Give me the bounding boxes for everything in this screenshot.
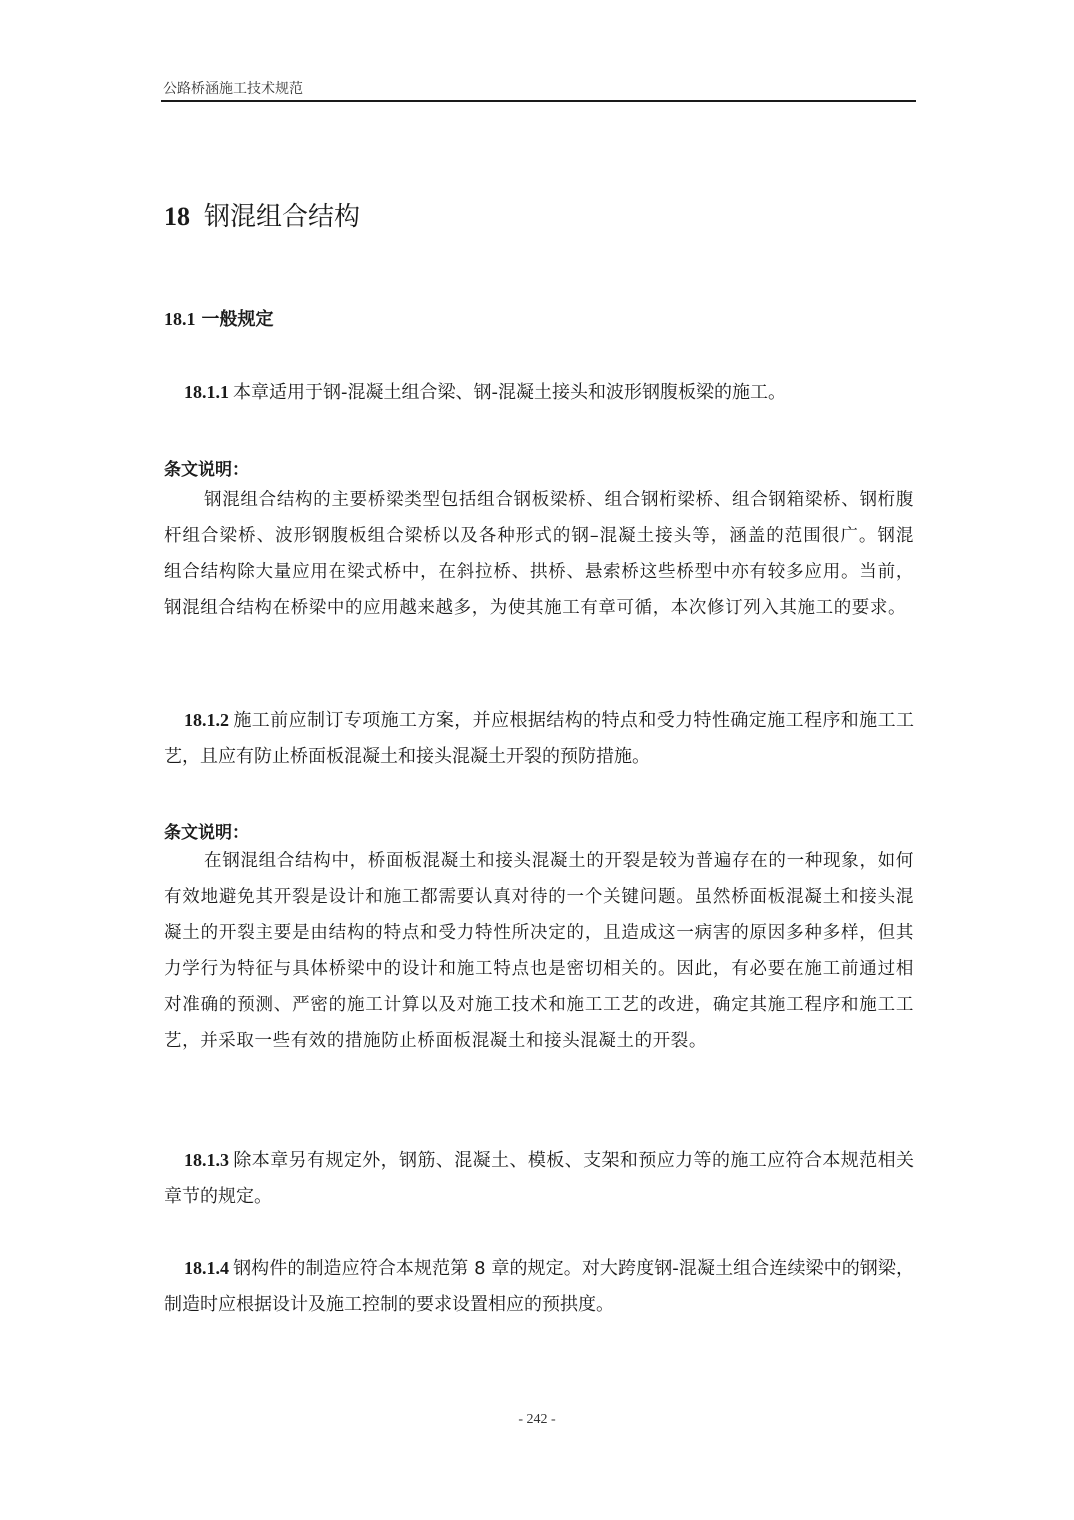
chapter-number: 18 bbox=[164, 202, 190, 231]
section-number: 18.1 bbox=[164, 309, 196, 329]
explanation-label: 条文说明： bbox=[164, 455, 249, 480]
clause-18-1-2: 18.1.2施工前应制订专项施工方案，并应根据结构的特点和受力特性确定施工程序和… bbox=[164, 702, 914, 775]
page-number: - 242 - bbox=[0, 1412, 1074, 1428]
section-heading: 18.1一般规定 bbox=[164, 305, 274, 331]
clause-number: 18.1.3 bbox=[184, 1150, 229, 1170]
clause-text: 施工前应制订专项施工方案，并应根据结构的特点和受力特性确定施工程序和施工工艺，且… bbox=[164, 710, 914, 767]
chapter-heading: 18钢混组合结构 bbox=[164, 196, 360, 233]
clause-18-1-1: 18.1.1本章适用于钢-混凝土组合梁、钢-混凝土接头和波形钢腹板梁的施工。 bbox=[164, 374, 914, 411]
clause-text: 除本章另有规定外，钢筋、混凝土、模板、支架和预应力等的施工应符合本规范相关章节的… bbox=[164, 1150, 914, 1207]
explanation-label: 条文说明： bbox=[164, 818, 249, 843]
chapter-title: 钢混组合结构 bbox=[204, 202, 360, 232]
clause-18-1-4: 18.1.4钢构件的制造应符合本规范第 8 章的规定。对大跨度钢-混凝土组合连续… bbox=[164, 1250, 914, 1323]
clause-number: 18.1.4 bbox=[184, 1258, 229, 1278]
clause-18-1-3: 18.1.3除本章另有规定外，钢筋、混凝土、模板、支架和预应力等的施工应符合本规… bbox=[164, 1142, 914, 1215]
explanation-text: 在钢混组合结构中，桥面板混凝土和接头混凝土的开裂是较为普遍存在的一种现象，如何有… bbox=[164, 843, 914, 1059]
section-title: 一般规定 bbox=[202, 309, 274, 330]
running-header: 公路桥涵施工技术规范 bbox=[161, 76, 916, 102]
clause-number: 18.1.2 bbox=[184, 710, 229, 730]
explanation-text: 钢混组合结构的主要桥梁类型包括组合钢板梁桥、组合钢桁梁桥、组合钢箱梁桥、钢桁腹杆… bbox=[164, 482, 914, 626]
document-title: 公路桥涵施工技术规范 bbox=[163, 78, 303, 98]
clause-text: 钢构件的制造应符合本规范第 8 章的规定。对大跨度钢-混凝土组合连续梁中的钢梁，… bbox=[164, 1258, 914, 1315]
clause-text: 本章适用于钢-混凝土组合梁、钢-混凝土接头和波形钢腹板梁的施工。 bbox=[233, 382, 786, 403]
clause-number: 18.1.1 bbox=[184, 382, 229, 402]
